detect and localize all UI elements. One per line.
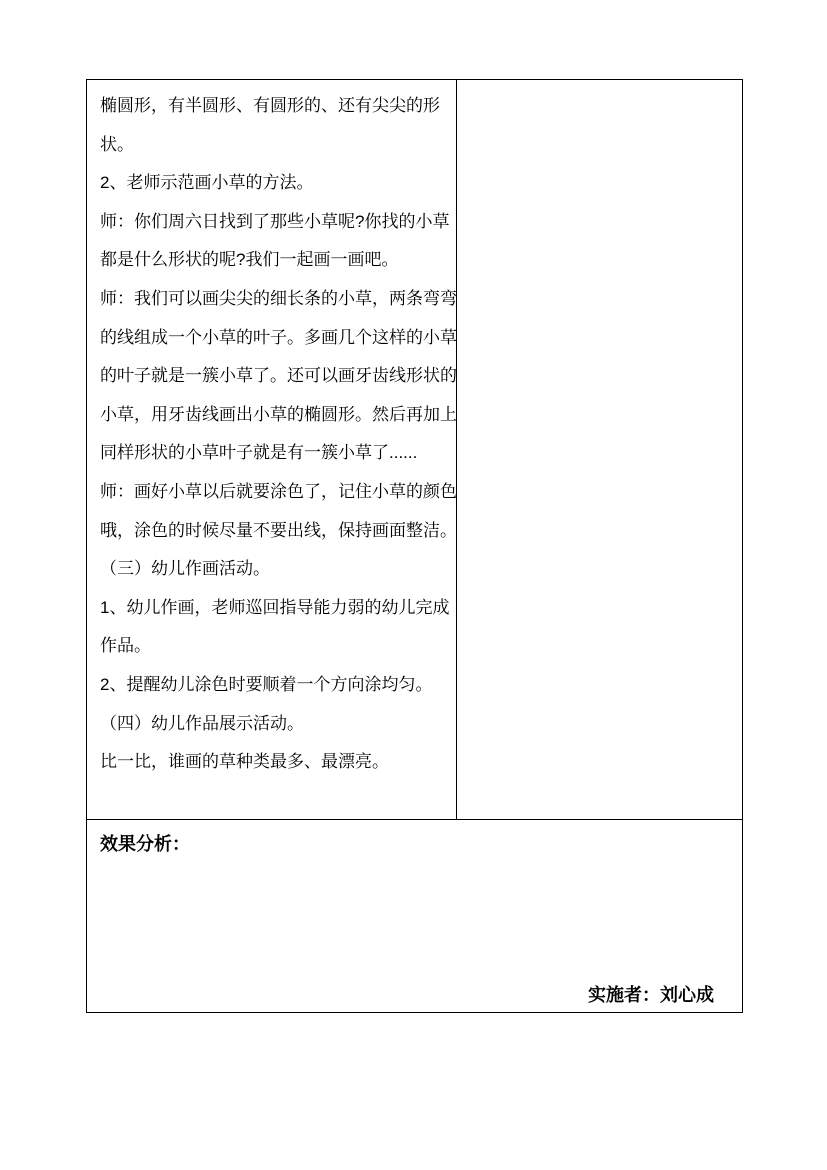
text-line: （四）幼儿作品展示活动。 <box>100 705 456 744</box>
text-line: 都是什么形状的呢?我们一起画一画吧。 <box>100 241 456 280</box>
text-line: 师：画好小草以后就要涂色了，记住小草的颜色 <box>100 473 456 512</box>
text-line: 师：你们周六日找到了那些小草呢?你找的小草 <box>100 203 456 242</box>
text-line: 2、老师示范画小草的方法。 <box>100 164 456 203</box>
lesson-content-cell: 椭圆形，有半圆形、有圆形的、还有尖尖的形状。2、老师示范画小草的方法。师：你们周… <box>87 80 457 819</box>
text-line: 比一比，谁画的草种类最多、最漂亮。 <box>100 743 456 782</box>
text-line: 2、提醒幼儿涂色时要顺着一个方向涂均匀。 <box>100 666 456 705</box>
text-line: 哦，涂色的时候尽量不要出线，保持画面整洁。 <box>100 512 456 551</box>
text-line: 的线组成一个小草的叶子。多画几个这样的小草 <box>100 319 456 358</box>
table-row-content: 椭圆形，有半圆形、有圆形的、还有尖尖的形状。2、老师示范画小草的方法。师：你们周… <box>87 80 742 820</box>
text-line: 师：我们可以画尖尖的细长条的小草，两条弯弯 <box>100 280 456 319</box>
text-line: 状。 <box>100 126 456 165</box>
document-page: 椭圆形，有半圆形、有圆形的、还有尖尖的形状。2、老师示范画小草的方法。师：你们周… <box>0 0 827 1170</box>
implementer-signature: 实施者：刘心成 <box>588 981 714 1007</box>
text-line: 同样形状的小草叶子就是有一簇小草了...... <box>100 434 456 473</box>
text-line: 小草，用牙齿线画出小草的椭圆形。然后再加上 <box>100 396 456 435</box>
text-line: 椭圆形，有半圆形、有圆形的、还有尖尖的形 <box>100 87 456 126</box>
text-line: 作品。 <box>100 627 456 666</box>
lesson-plan-table: 椭圆形，有半圆形、有圆形的、还有尖尖的形状。2、老师示范画小草的方法。师：你们周… <box>86 79 743 1013</box>
text-line: 1、幼儿作画，老师巡回指导能力弱的幼儿完成 <box>100 589 456 628</box>
text-line: 的叶子就是一簇小草了。还可以画牙齿线形状的 <box>100 357 456 396</box>
notes-cell-empty <box>457 80 742 819</box>
table-row-analysis: 效果分析： 实施者：刘心成 <box>87 820 742 1012</box>
analysis-heading: 效果分析： <box>100 830 742 856</box>
text-line: （三）幼儿作画活动。 <box>100 550 456 589</box>
